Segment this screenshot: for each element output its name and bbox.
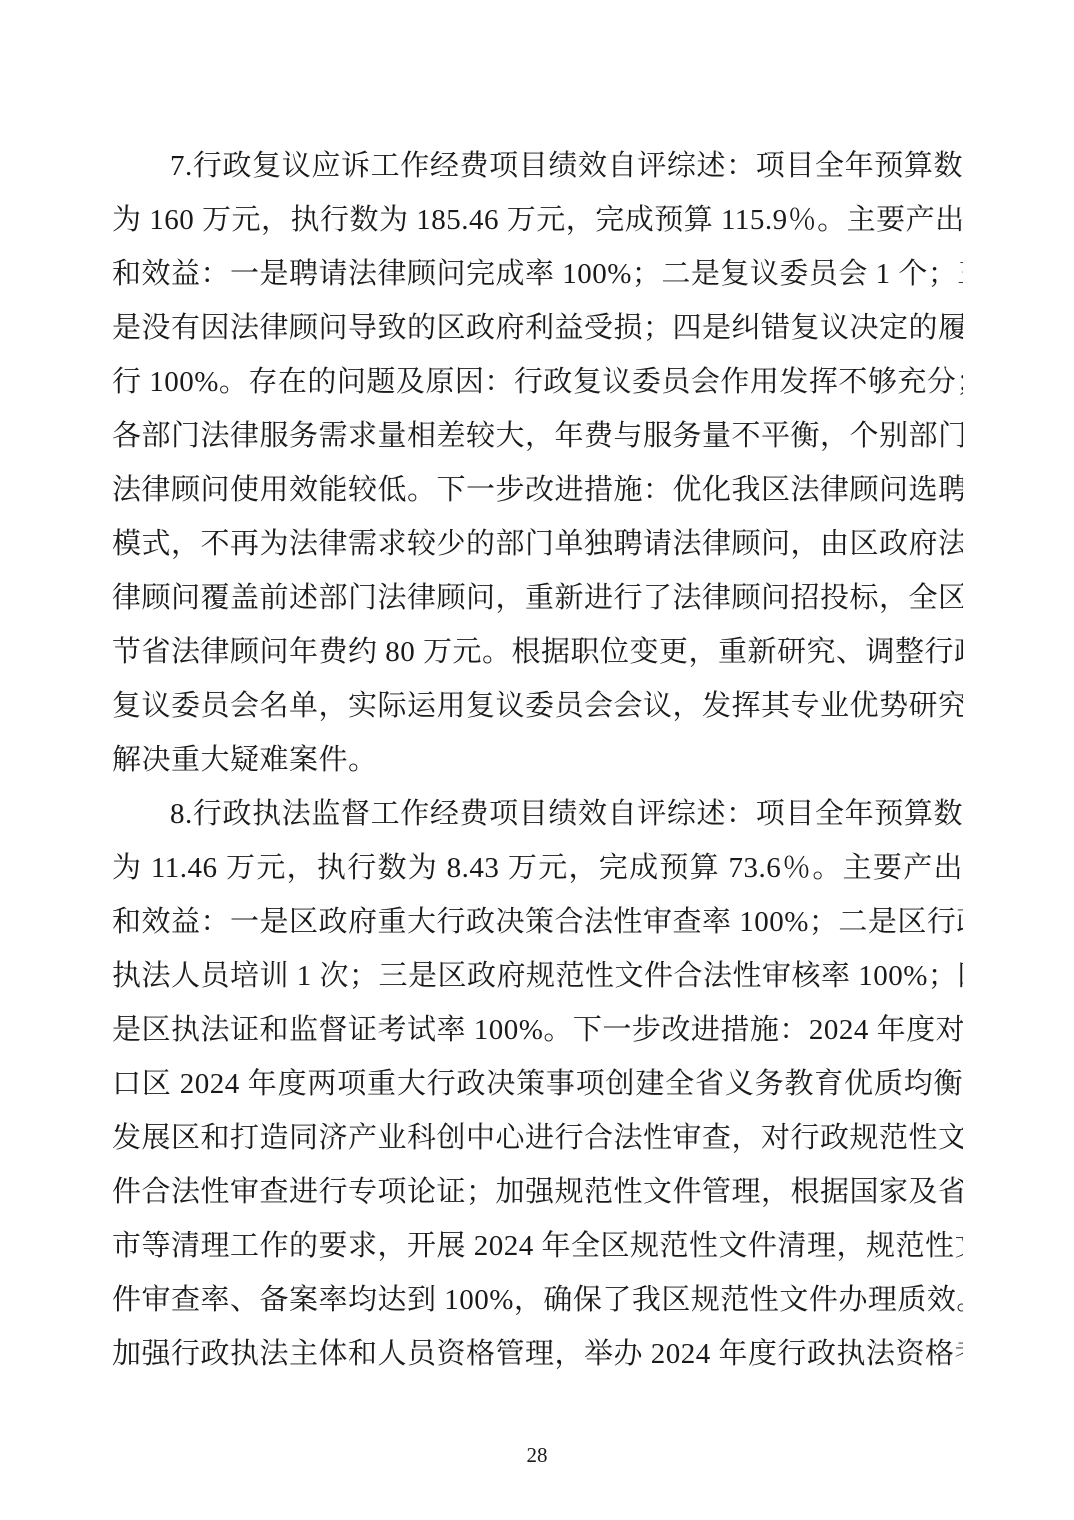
text-line: 市等清理工作的要求，开展 2024 年全区规范性文件清理，规范性文 — [112, 1219, 963, 1273]
text-line: 复议委员会名单，实际运用复议委员会会议，发挥其专业优势研究 — [112, 679, 963, 733]
text-line: 行 100%。存在的问题及原因：行政复议委员会作用发挥不够充分； — [112, 355, 963, 409]
text-line: 件审查率、备案率均达到 100%，确保了我区规范性文件办理质效。 — [112, 1273, 963, 1327]
text-line: 和效益：一是聘请法律顾问完成率 100%；二是复议委员会 1 个；三 — [112, 247, 963, 301]
text-line: 各部门法律服务需求量相差较大，年费与服务量不平衡，个别部门 — [112, 409, 963, 463]
text-line: 件合法性审查进行专项论证；加强规范性文件管理，根据国家及省 — [112, 1165, 963, 1219]
paragraph-item-7: 7.行政复议应诉工作经费项目绩效自评综述：项目全年预算数为 160 万元，执行数… — [112, 139, 963, 787]
text-line: 法律顾问使用效能较低。下一步改进措施：优化我区法律顾问选聘 — [112, 463, 963, 517]
text-line: 模式，不再为法律需求较少的部门单独聘请法律顾问，由区政府法 — [112, 517, 963, 571]
text-line: 执法人员培训 1 次；三是区政府规范性文件合法性审核率 100%；四 — [112, 949, 963, 1003]
paragraph-item-8: 8.行政执法监督工作经费项目绩效自评综述：项目全年预算数为 11.46 万元，执… — [112, 787, 963, 1381]
text-line: 7.行政复议应诉工作经费项目绩效自评综述：项目全年预算数 — [112, 139, 963, 193]
text-line: 律顾问覆盖前述部门法律顾问，重新进行了法律顾问招投标，全区 — [112, 571, 963, 625]
text-line: 和效益：一是区政府重大行政决策合法性审查率 100%；二是区行政 — [112, 895, 963, 949]
text-line: 为 160 万元，执行数为 185.46 万元，完成预算 115.9％。主要产出 — [112, 193, 963, 247]
text-line: 是没有因法律顾问导致的区政府利益受损；四是纠错复议决定的履 — [112, 301, 963, 355]
document-body: 7.行政复议应诉工作经费项目绩效自评综述：项目全年预算数为 160 万元，执行数… — [112, 139, 963, 1381]
page-number: 28 — [527, 1443, 548, 1467]
text-line: 为 11.46 万元，执行数为 8.43 万元，完成预算 73.6％。主要产出 — [112, 841, 963, 895]
document-page: 7.行政复议应诉工作经费项目绩效自评综述：项目全年预算数为 160 万元，执行数… — [0, 0, 1074, 1520]
text-line: 是区执法证和监督证考试率 100%。下一步改进措施：2024 年度对硚 — [112, 1003, 963, 1057]
text-line: 解决重大疑难案件。 — [112, 733, 963, 787]
page-footer: 28 — [0, 1440, 1074, 1470]
text-line: 发展区和打造同济产业科创中心进行合法性审查，对行政规范性文 — [112, 1111, 963, 1165]
text-line: 口区 2024 年度两项重大行政决策事项创建全省义务教育优质均衡 — [112, 1057, 963, 1111]
text-line: 8.行政执法监督工作经费项目绩效自评综述：项目全年预算数 — [112, 787, 963, 841]
text-line: 节省法律顾问年费约 80 万元。根据职位变更，重新研究、调整行政 — [112, 625, 963, 679]
text-line: 加强行政执法主体和人员资格管理，举办 2024 年度行政执法资格考 — [112, 1327, 963, 1381]
